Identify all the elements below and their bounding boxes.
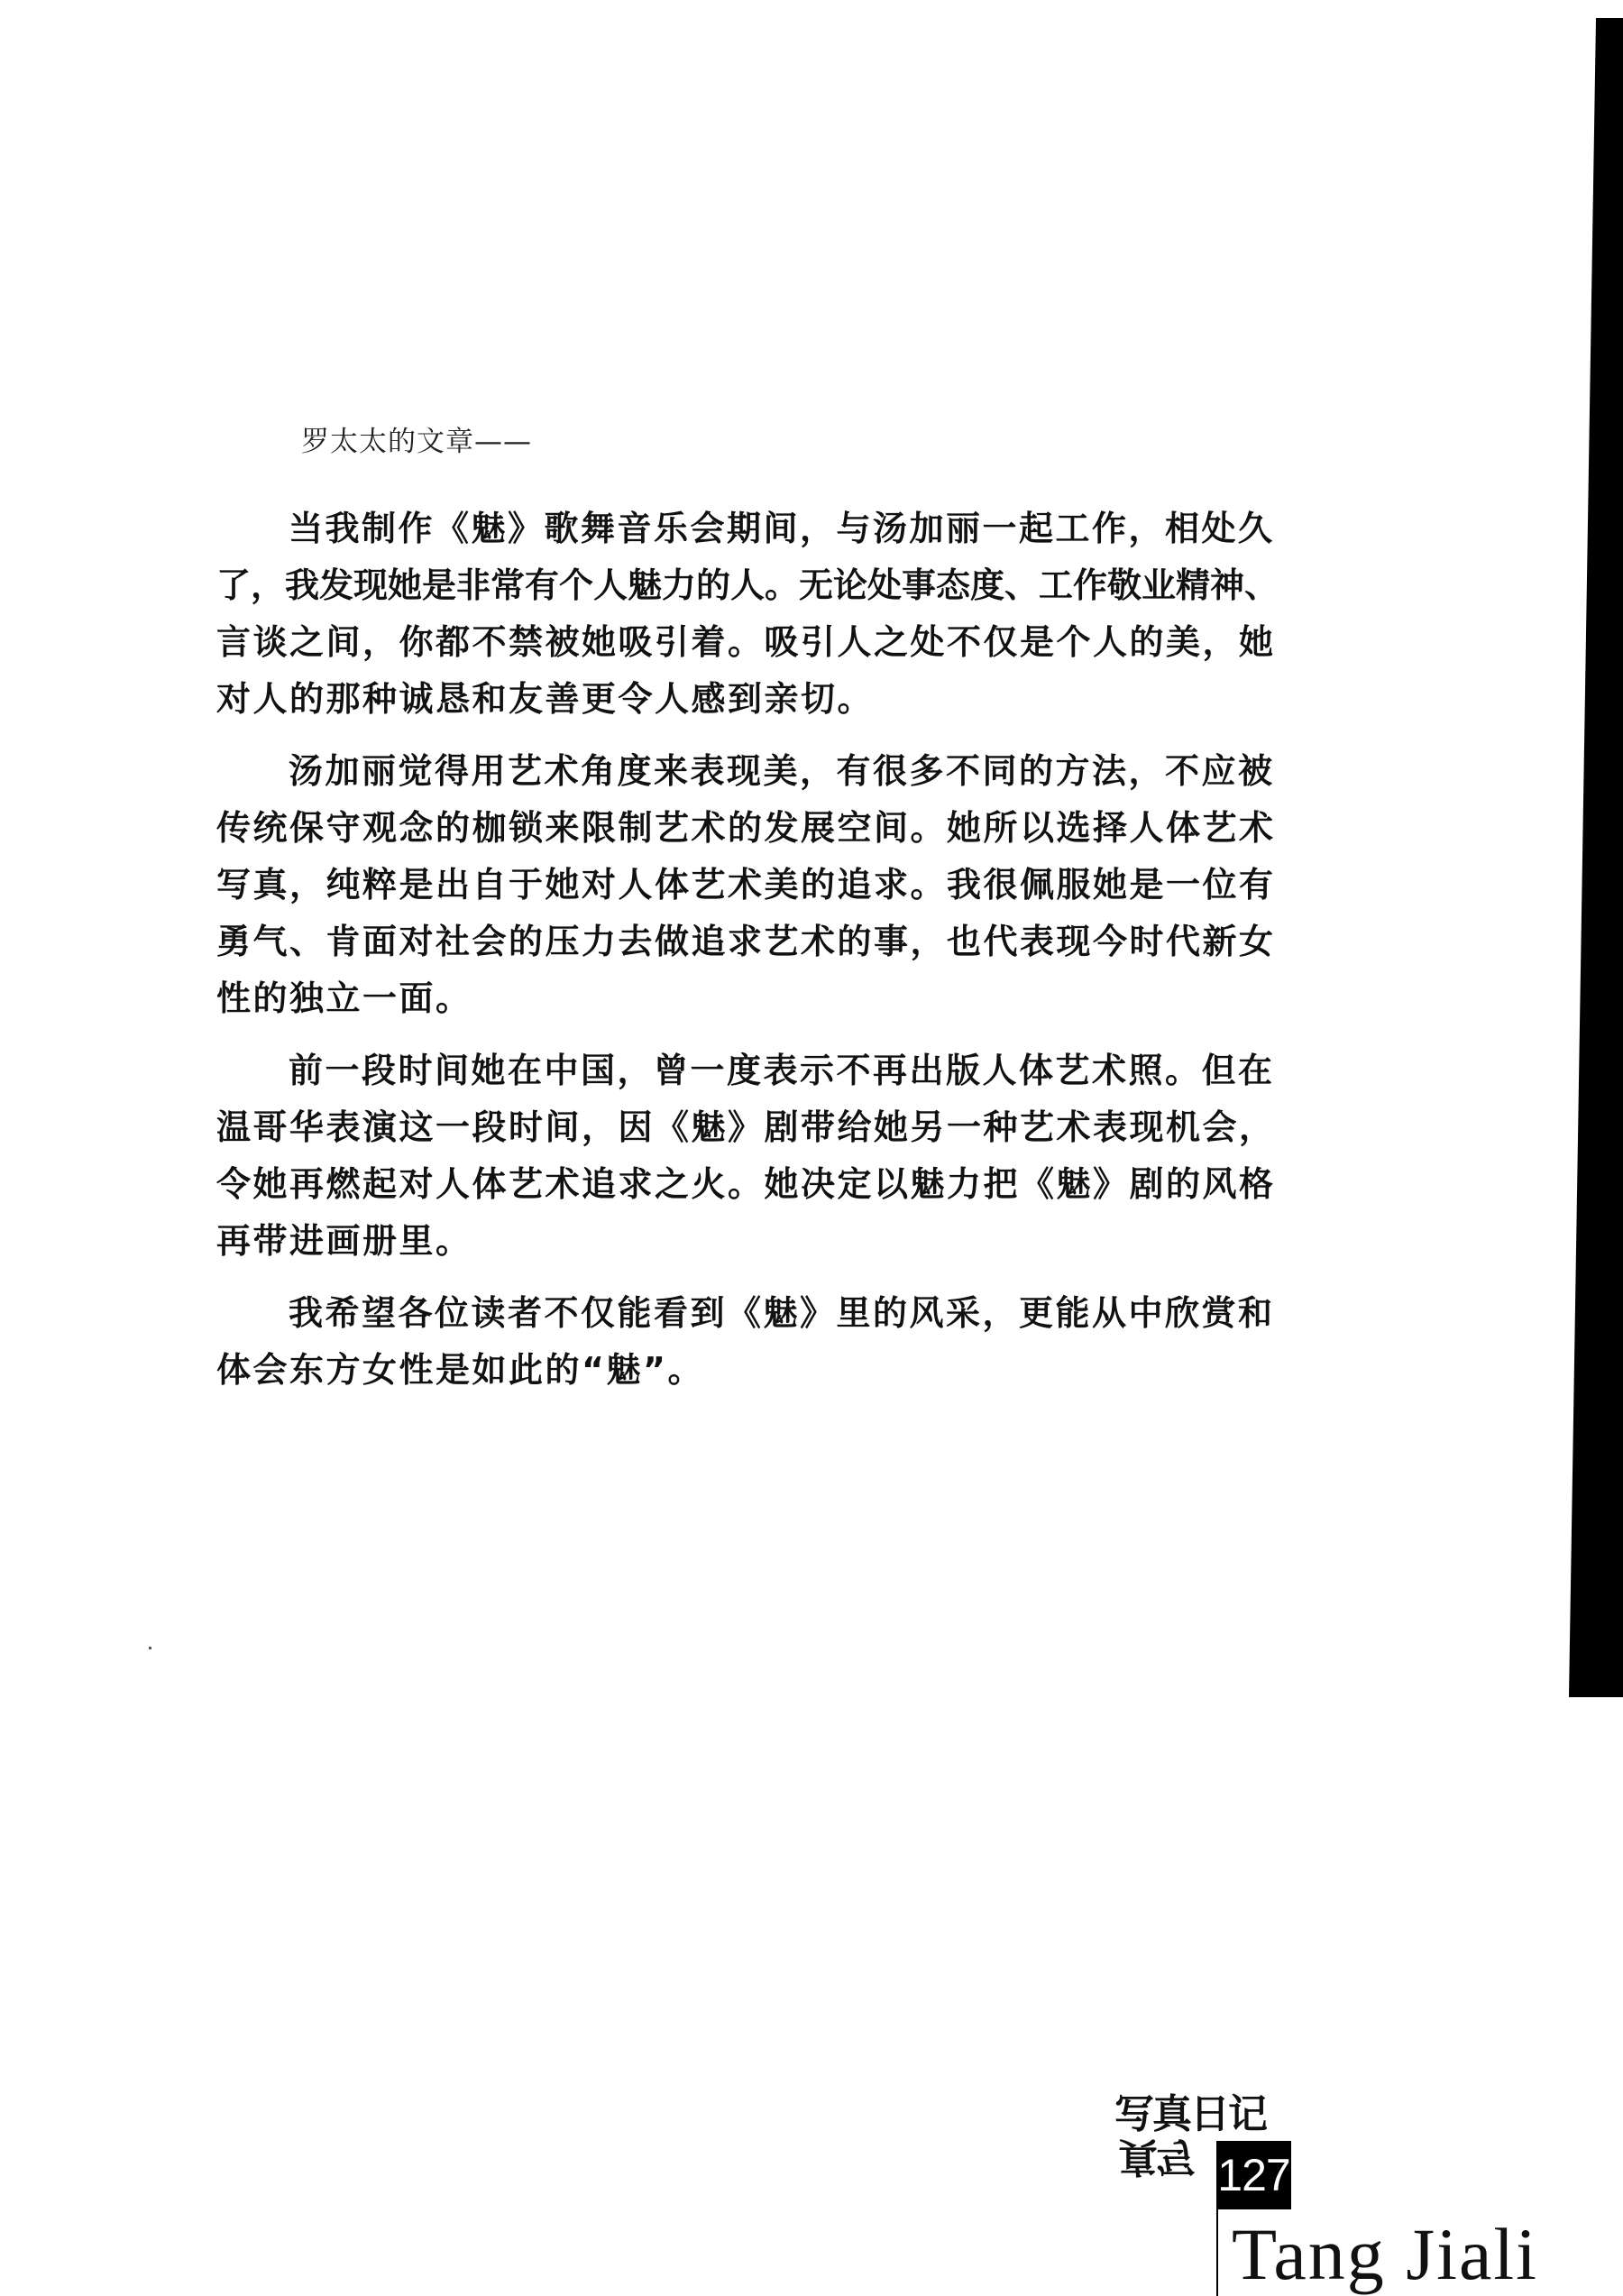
scan-edge-bar — [1569, 18, 1623, 1697]
text-line: 前一段时间她在中国，曾一度表示不再出版人体艺术照。但在 — [216, 1042, 1380, 1099]
text-line: 体会东方女性是如此的“魅”。 — [216, 1342, 1380, 1399]
author-name: Tang Jiali — [1232, 2209, 1538, 2296]
text-line: 令她再燃起对人体艺术追求之火。她决定以魅力把《魅》剧的风格 — [216, 1156, 1380, 1213]
series-title: 写真日记 — [1114, 2094, 1266, 2135]
scan-speck — [149, 1647, 151, 1649]
text-line: 当我制作《魅》歌舞音乐会期间，与汤加丽一起工作，相处久 — [216, 501, 1380, 557]
paragraph-1: 当我制作《魅》歌舞音乐会期间，与汤加丽一起工作，相处久 了，我发现她是非常有个人… — [216, 501, 1380, 728]
article: 罗太太的文章—— 当我制作《魅》歌舞音乐会期间，与汤加丽一起工作，相处久 了，我… — [216, 419, 1380, 1414]
reflection-char: 写 — [1156, 2135, 1194, 2177]
text-line: 言谈之间，你都不禁被她吸引着。吸引人之处不仅是个人的美，她 — [216, 614, 1380, 671]
text-line: 再带进画册里。 — [216, 1213, 1380, 1270]
text-line: 温哥华表演这一段时间，因《魅》剧带给她另一种艺术表现机会， — [216, 1099, 1380, 1156]
text-line: 了，我发现她是非常有个人魅力的人。无论处事态度、工作敬业精神、 — [216, 557, 1380, 614]
text-line: 汤加丽觉得用艺术角度来表现美，有很多不同的方法，不应被 — [216, 743, 1380, 800]
page-number: 127 — [1216, 2141, 1291, 2209]
text-line: 对人的那种诚恳和友善更令人感到亲切。 — [216, 671, 1380, 728]
text-line: 我希望各位读者不仅能看到《魅》里的风采，更能从中欣赏和 — [216, 1285, 1380, 1342]
text-line: 勇气、肯面对社会的压力去做追求艺术的事，也代表现今时代新女 — [216, 914, 1380, 970]
page-footer: 写真日记 写真 127 Tang Jiali — [1114, 2094, 1583, 2296]
article-intro: 罗太太的文章—— — [301, 419, 1380, 464]
text-line: 写真，纯粹是出自于她对人体艺术美的追求。我很佩服她是一位有 — [216, 857, 1380, 914]
text-line: 性的独立一面。 — [216, 970, 1380, 1027]
series-title-reflection: 写真 — [1118, 2135, 1194, 2177]
reflection-char: 真 — [1118, 2135, 1156, 2177]
text-line: 传统保守观念的枷锁来限制艺术的发展空间。她所以选择人体艺术 — [216, 800, 1380, 857]
paragraph-3: 前一段时间她在中国，曾一度表示不再出版人体艺术照。但在 温哥华表演这一段时间，因… — [216, 1042, 1380, 1270]
footer-divider — [1216, 2209, 1218, 2296]
paragraph-4: 我希望各位读者不仅能看到《魅》里的风采，更能从中欣赏和 体会东方女性是如此的“魅… — [216, 1285, 1380, 1399]
paragraph-2: 汤加丽觉得用艺术角度来表现美，有很多不同的方法，不应被 传统保守观念的枷锁来限制… — [216, 743, 1380, 1027]
